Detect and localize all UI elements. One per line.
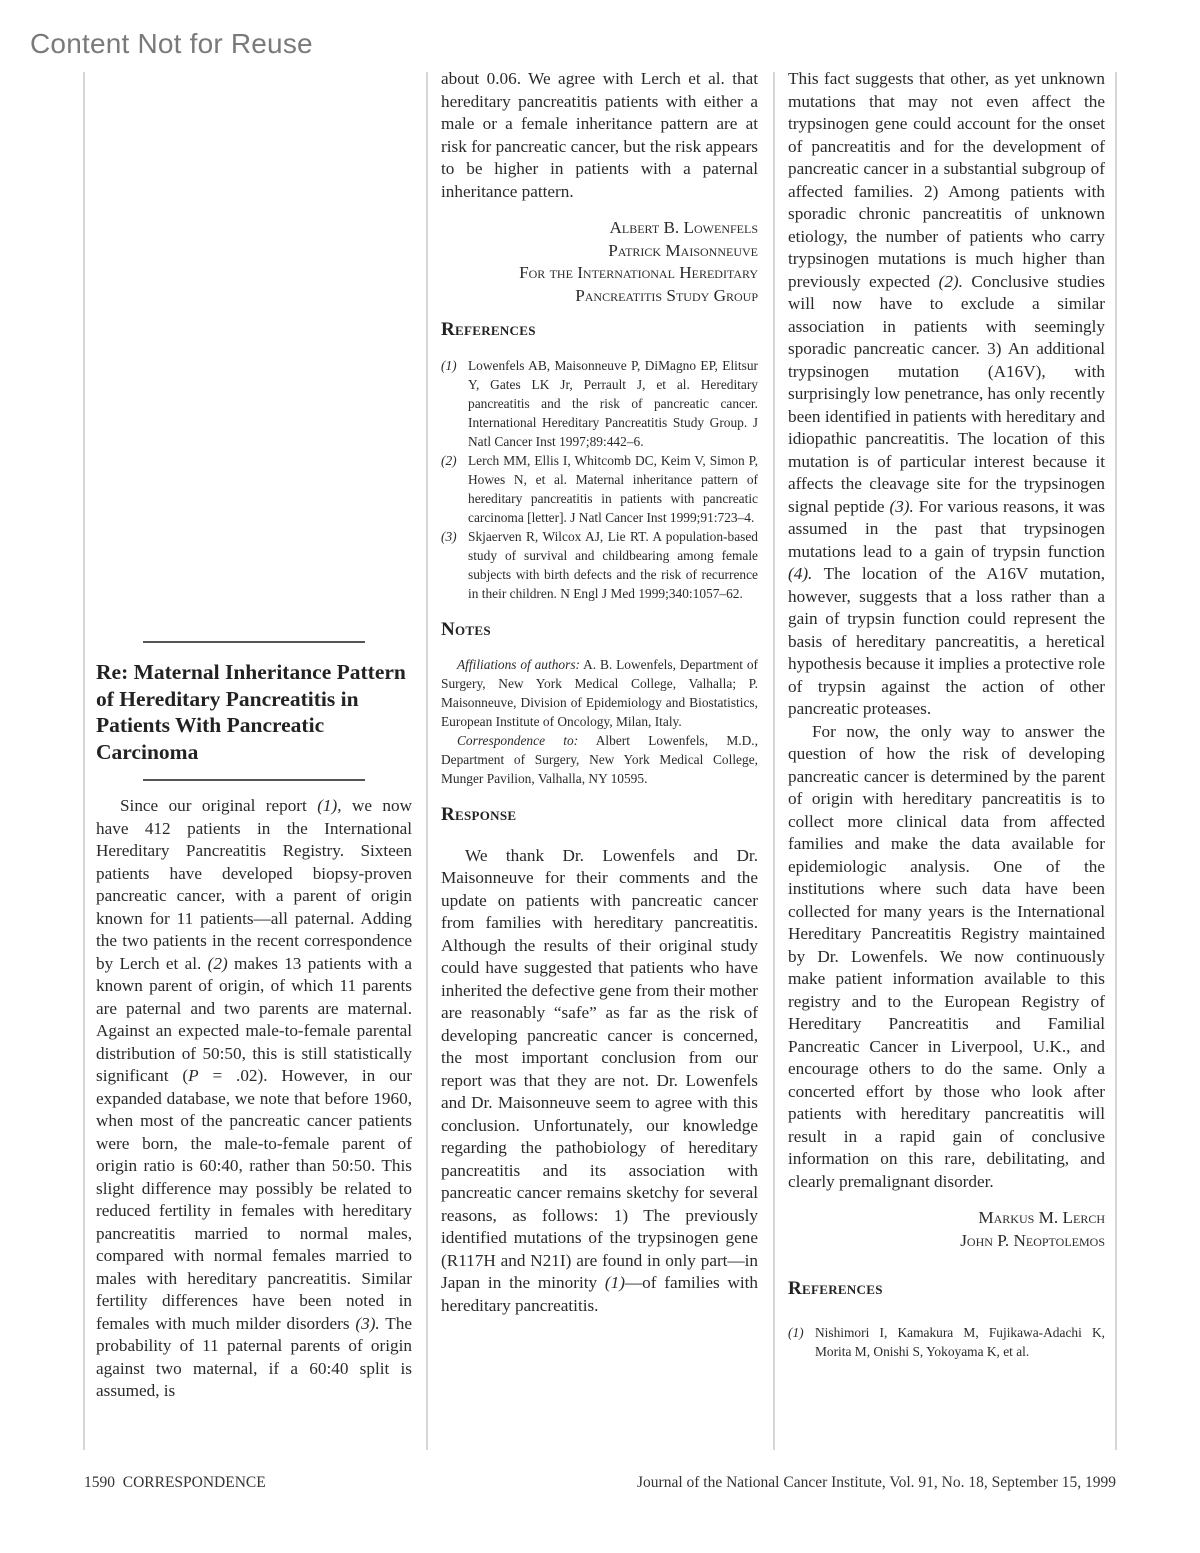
signature-line: Patrick Maisonneuve — [441, 240, 758, 263]
column-1: Re: Maternal Inheritance Pattern of Here… — [96, 68, 412, 1403]
signature-line: For the International Hereditary — [441, 262, 758, 285]
note-affiliations: Affiliations of authors: A. B. Lowenfels… — [441, 655, 758, 731]
reference-item: (1)Nishimori I, Kamakura M, Fujikawa-Ada… — [788, 1323, 1105, 1361]
signature-line: Pancreatitis Study Group — [441, 285, 758, 308]
letter-signatures: Albert B. Lowenfels Patrick Maisonneuve … — [441, 217, 758, 307]
footer-page-section: 1590 CORRESPONDENCE — [84, 1474, 266, 1492]
letter-continuation: about 0.06. We agree with Lerch et al. t… — [441, 68, 758, 203]
response-heading: Response — [441, 804, 758, 827]
signature-line: Markus M. Lerch — [788, 1207, 1105, 1230]
signature-line: Albert B. Lowenfels — [441, 217, 758, 240]
column-rule-middle-right — [773, 72, 775, 1450]
response-paragraph: For now, the only way to answer the ques… — [788, 721, 1105, 1194]
column-rule-right — [1115, 72, 1117, 1450]
letter-title: Re: Maternal Inheritance Pattern of Here… — [96, 659, 412, 765]
response-signatures: Markus M. Lerch John P. Neoptolemos — [788, 1207, 1105, 1252]
column-2: about 0.06. We agree with Lerch et al. t… — [441, 68, 758, 1317]
citation-link[interactable]: (4). — [788, 564, 812, 583]
footer-journal-citation: Journal of the National Cancer Institute… — [637, 1474, 1116, 1492]
citation-link[interactable]: (2). — [939, 272, 963, 291]
citation-link[interactable]: (3). — [355, 1314, 379, 1333]
references-heading: References — [788, 1278, 1105, 1301]
blank-space — [96, 68, 412, 641]
column-3: This fact suggests that other, as yet un… — [788, 68, 1105, 1361]
signature-line: John P. Neoptolemos — [788, 1230, 1105, 1253]
reference-item: (3)Skjaerven R, Wilcox AJ, Lie RT. A pop… — [441, 527, 758, 603]
response-body: We thank Dr. Lowenfels and Dr. Maisonneu… — [441, 845, 758, 1318]
citation-link[interactable]: (1), — [317, 796, 341, 815]
references-list: (1)Nishimori I, Kamakura M, Fujikawa-Ada… — [788, 1323, 1105, 1361]
title-rule-bottom — [143, 779, 365, 781]
reference-item: (2)Lerch MM, Ellis I, Whitcomb DC, Keim … — [441, 451, 758, 527]
column-rule-middle-left — [426, 72, 428, 1450]
reference-item: (1)Lowenfels AB, Maisonneuve P, DiMagno … — [441, 356, 758, 451]
watermark: Content Not for Reuse — [30, 28, 313, 60]
title-rule-top — [143, 641, 365, 643]
response-continuation: This fact suggests that other, as yet un… — [788, 68, 1105, 721]
column-rule-left — [83, 72, 85, 1450]
references-list: (1)Lowenfels AB, Maisonneuve P, DiMagno … — [441, 356, 758, 603]
citation-link[interactable]: (1) — [605, 1273, 625, 1292]
notes-heading: Notes — [441, 619, 758, 642]
references-heading: References — [441, 319, 758, 342]
notes: Affiliations of authors: A. B. Lowenfels… — [441, 655, 758, 788]
note-correspondence: Correspondence to: Albert Lowenfels, M.D… — [441, 731, 758, 788]
letter-body: Since our original report (1), we now ha… — [96, 795, 412, 1403]
citation-link[interactable]: (3). — [889, 497, 913, 516]
citation-link[interactable]: (2) — [208, 954, 228, 973]
